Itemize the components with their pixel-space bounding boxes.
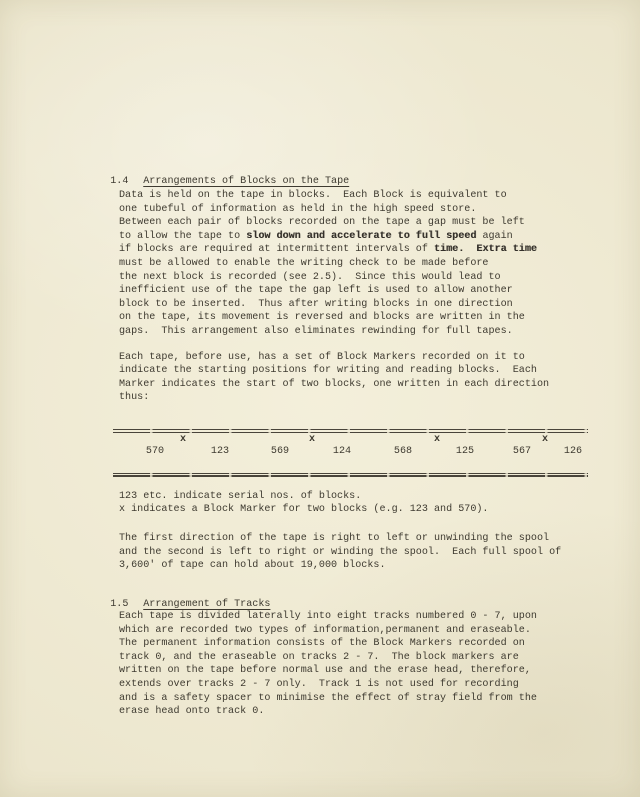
text-segment: again <box>476 231 512 242</box>
text-line: erase head onto track 0. <box>119 705 537 719</box>
text-segment: one tubeful of information as held in th… <box>119 204 476 215</box>
text-segment: Data is held on the tape in blocks. Each… <box>119 190 507 201</box>
text-line: the next block is recorded (see 2.5). Si… <box>119 271 537 285</box>
text-segment: track 0, and the eraseable on tracks 2 -… <box>119 652 519 663</box>
text-line: which are recorded two types of informat… <box>119 624 537 638</box>
text-line: and is a safety spacer to minimise the e… <box>119 692 537 706</box>
text-line: indicate the starting positions for writ… <box>119 364 549 378</box>
text-line: on the tape, its movement is reversed an… <box>119 311 537 325</box>
text-segment: on the tape, its movement is reversed an… <box>119 312 525 323</box>
bold-text-segment: time. Extra time <box>434 244 537 255</box>
text-segment: and the second is left to right or windi… <box>119 547 561 558</box>
text-segment: 123 etc. indicate serial nos. of blocks. <box>119 491 361 502</box>
text-segment: which are recorded two types of informat… <box>119 625 531 636</box>
text-segment: and is a safety spacer to minimise the e… <box>119 693 537 704</box>
text-segment: The permanent information consists of th… <box>119 638 525 649</box>
text-line: written on the tape before normal use an… <box>119 664 537 678</box>
text-line: one tubeful of information as held in th… <box>119 203 537 217</box>
block-serial-number: 125 <box>456 447 474 457</box>
tape-bottom-line <box>113 475 588 476</box>
block-serial-number: 126 <box>564 447 582 457</box>
block-serial-number: 568 <box>394 447 412 457</box>
text-line: track 0, and the eraseable on tracks 2 -… <box>119 651 537 665</box>
text-segment: gaps. This arrangement also eliminates r… <box>119 326 513 337</box>
text-line: Marker indicates the start of two blocks… <box>119 378 549 392</box>
block-serial-number: 569 <box>271 447 289 457</box>
text-line: 3,600' of tape can hold about 19,000 blo… <box>119 559 561 573</box>
text-line: Each tape is divided laterally into eigh… <box>119 610 537 624</box>
text-segment: Between each pair of blocks recorded on … <box>119 217 525 228</box>
text-segment: Each tape, before use, has a set of Bloc… <box>119 352 525 363</box>
text-segment: indicate the starting positions for writ… <box>119 365 537 376</box>
block-serial-number: 570 <box>146 447 164 457</box>
text-line: The first direction of the tape is right… <box>119 532 561 546</box>
block-marker-x: x <box>309 435 315 445</box>
paragraph-diagram-notes: 123 etc. indicate serial nos. of blocks.… <box>119 490 489 517</box>
tape-bottom-line <box>113 473 588 474</box>
text-segment: The first direction of the tape is right… <box>119 533 549 544</box>
text-segment: written on the tape before normal use an… <box>119 665 531 676</box>
block-marker-x: x <box>434 435 440 445</box>
text-line: 123 etc. indicate serial nos. of blocks. <box>119 490 489 504</box>
block-marker-x: x <box>180 435 186 445</box>
text-line: gaps. This arrangement also eliminates r… <box>119 325 537 339</box>
block-serial-number: 123 <box>211 447 229 457</box>
block-marker-x: x <box>542 435 548 445</box>
paragraph-tracks: Each tape is divided laterally into eigh… <box>119 610 537 719</box>
paragraph-block-markers: Each tape, before use, has a set of Bloc… <box>119 351 549 405</box>
paragraph-tape-direction: The first direction of the tape is right… <box>119 532 561 573</box>
text-line: The permanent information consists of th… <box>119 637 537 651</box>
section-title: Arrangement of Tracks <box>143 599 270 610</box>
text-segment: to allow the tape to <box>119 231 246 242</box>
paragraph-blocks-intro: Data is held on the tape in blocks. Each… <box>119 189 537 339</box>
text-segment: Each tape is divided laterally into eigh… <box>119 611 537 622</box>
text-segment: Marker indicates the start of two blocks… <box>119 379 549 390</box>
section-number: 1.4 <box>110 175 143 189</box>
text-line: to allow the tape to slow down and accel… <box>119 230 537 244</box>
text-segment: x indicates a Block Marker for two block… <box>119 504 489 515</box>
text-line: Data is held on the tape in blocks. Each… <box>119 189 537 203</box>
text-line: Each tape, before use, has a set of Bloc… <box>119 351 549 365</box>
text-segment: the next block is recorded (see 2.5). Si… <box>119 272 501 283</box>
text-line: extends over tracks 2 - 7 only. Track 1 … <box>119 678 537 692</box>
text-segment: block to be inserted. Thus after writing… <box>119 299 513 310</box>
text-segment: if blocks are required at intermittent i… <box>119 244 434 255</box>
text-line: must be allowed to enable the writing ch… <box>119 257 537 271</box>
text-segment: must be allowed to enable the writing ch… <box>119 258 489 269</box>
text-segment: extends over tracks 2 - 7 only. Track 1 … <box>119 679 519 690</box>
section-title: Arrangements of Blocks on the Tape <box>143 176 349 187</box>
bold-text-segment: slow down and accelerate to full speed <box>246 231 476 242</box>
tape-block-diagram: xxxx570123569124568125567126 <box>113 429 588 476</box>
tape-top-line <box>113 432 588 433</box>
text-line: and the second is left to right or windi… <box>119 546 561 560</box>
text-segment: 3,600' of tape can hold about 19,000 blo… <box>119 560 386 571</box>
text-line: x indicates a Block Marker for two block… <box>119 503 489 517</box>
text-segment: erase head onto track 0. <box>119 706 264 717</box>
text-line: thus: <box>119 391 549 405</box>
text-line: Between each pair of blocks recorded on … <box>119 216 537 230</box>
text-segment: inefficient use of the tape the gap left… <box>119 285 513 296</box>
text-line: if blocks are required at intermittent i… <box>119 243 537 257</box>
block-serial-number: 124 <box>333 447 351 457</box>
text-line: inefficient use of the tape the gap left… <box>119 284 537 298</box>
document-page: 1.4Arrangements of Blocks on the Tape Da… <box>0 0 640 797</box>
text-line: block to be inserted. Thus after writing… <box>119 298 537 312</box>
tape-top-line <box>113 429 588 430</box>
block-serial-number: 567 <box>513 447 531 457</box>
text-segment: thus: <box>119 392 149 403</box>
